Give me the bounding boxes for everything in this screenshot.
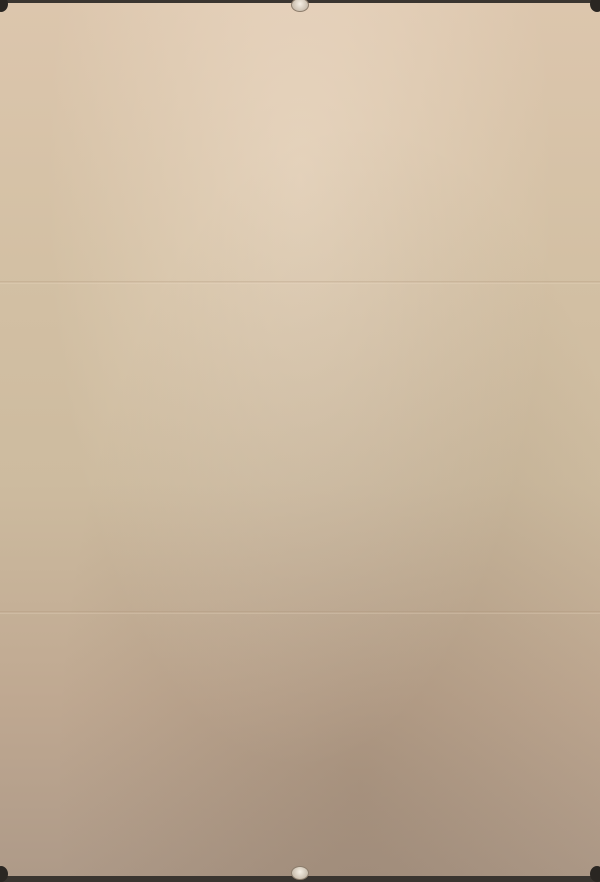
fold-line [0,611,600,614]
poster-back [0,3,600,876]
pin-bottom-center [291,866,309,876]
fold-line [0,281,600,284]
pin-bottom-right [590,866,600,876]
